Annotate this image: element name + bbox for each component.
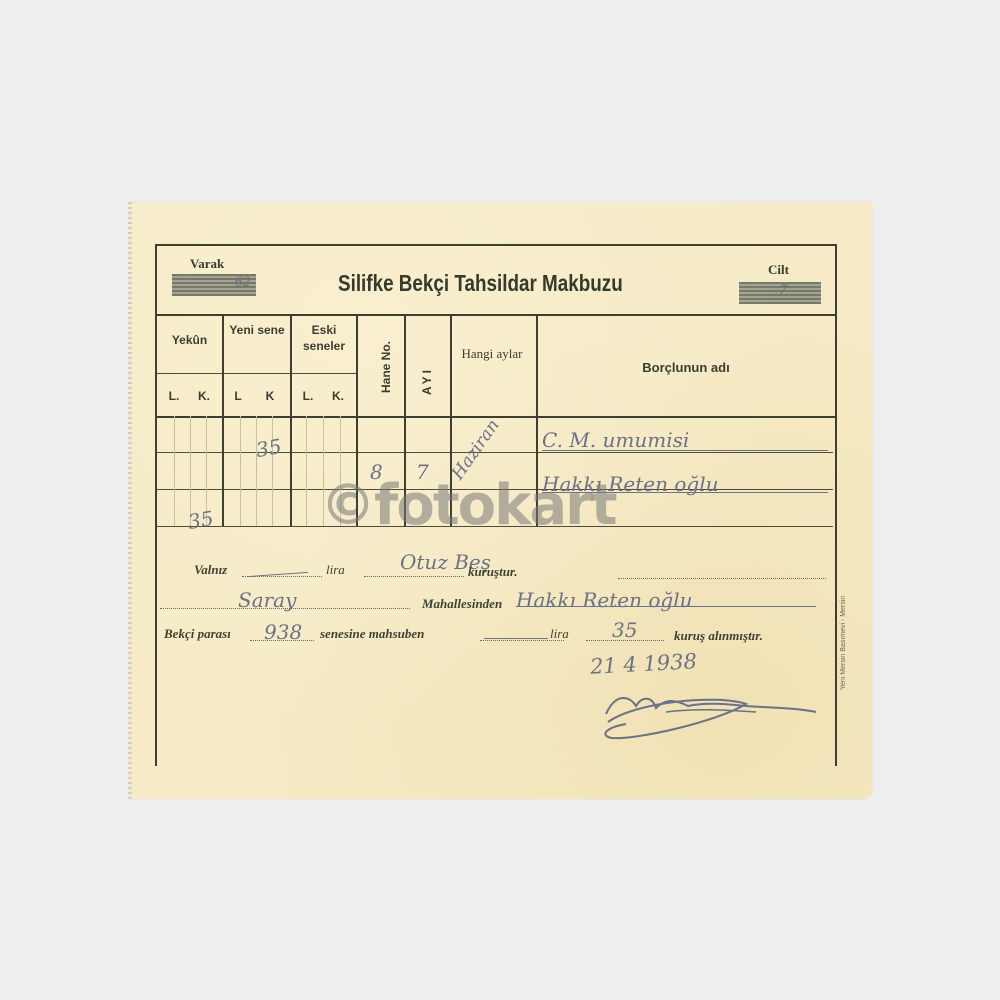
subcol-line [256,416,257,526]
cilt-stamp: 7 [739,282,821,304]
subcol-line [306,416,307,526]
kurus-value: 35 [612,618,637,642]
subcol-line [174,416,175,526]
subcol-line [272,416,273,526]
sub-eski-lira: L. [298,388,318,404]
mahalle-value: Saray [238,588,296,612]
mahallesinden-name: Hakkı Reten oğlu [516,588,692,612]
header-yekun: Yekûn [157,332,222,348]
varak-stamp: 62 [172,274,256,296]
signature-scribble [596,682,826,752]
sub-yeni-kurus: K [260,388,280,404]
lira2-label: lira [550,626,569,642]
kurustur-label: kuruştur. [468,564,518,580]
lira-label: lira [326,562,345,578]
header-eski-seneler: Eski seneler [292,322,356,354]
watermark: ©fotokart [320,476,616,536]
borclu-underline-1 [542,450,828,451]
blank-line [618,578,826,579]
lira2-dash [484,638,548,639]
sub-yekun-lira: L. [164,388,184,404]
page-title: Silifke Bekçi Tahsildar Makbuzu [338,270,623,297]
borclu-line-1: C. M. umumisi [542,428,689,452]
header-yeni-sene: Yeni sene [224,322,290,338]
header-bottom-line [155,416,835,418]
yekun-kurus-value: 35 [186,506,215,534]
printer-imprint: Yeni Mersin Basımevi - Mersin [840,596,847,690]
year-value: 938 [264,620,302,644]
sub-yekun-kurus: K. [194,388,214,404]
sub-yeni-lira: L [228,388,248,404]
mahallesinden-label: Mahallesinden [422,596,502,612]
header-borclunun-adi: Borçlunun adı [538,360,834,376]
cilt-number: 7 [780,282,788,299]
bekci-parasi-label: Bekçi parası [164,626,231,642]
subheader-line [157,373,357,374]
valniz-label: Valnız [194,562,227,578]
alinmistir-label: kuruş alınmıştır. [674,628,763,644]
col-line-1 [222,314,224,526]
header-ayi: AYI [420,366,434,396]
name-underline [516,606,816,607]
subcol-line [240,416,241,526]
varak-number: 62 [235,274,250,291]
yeni-sene-kurus-value: 35 [254,434,283,462]
header-hane-no: Hane No. [379,327,393,407]
table-top-line [155,314,835,316]
sub-eski-kurus: K. [328,388,348,404]
varak-label: Varak [190,256,224,272]
kurus-line [364,576,464,577]
header-hangi-aylar: Hangi aylar [460,346,524,362]
senesine-label: senesine mahsuben [320,626,424,642]
cilt-label: Cilt [768,262,789,278]
